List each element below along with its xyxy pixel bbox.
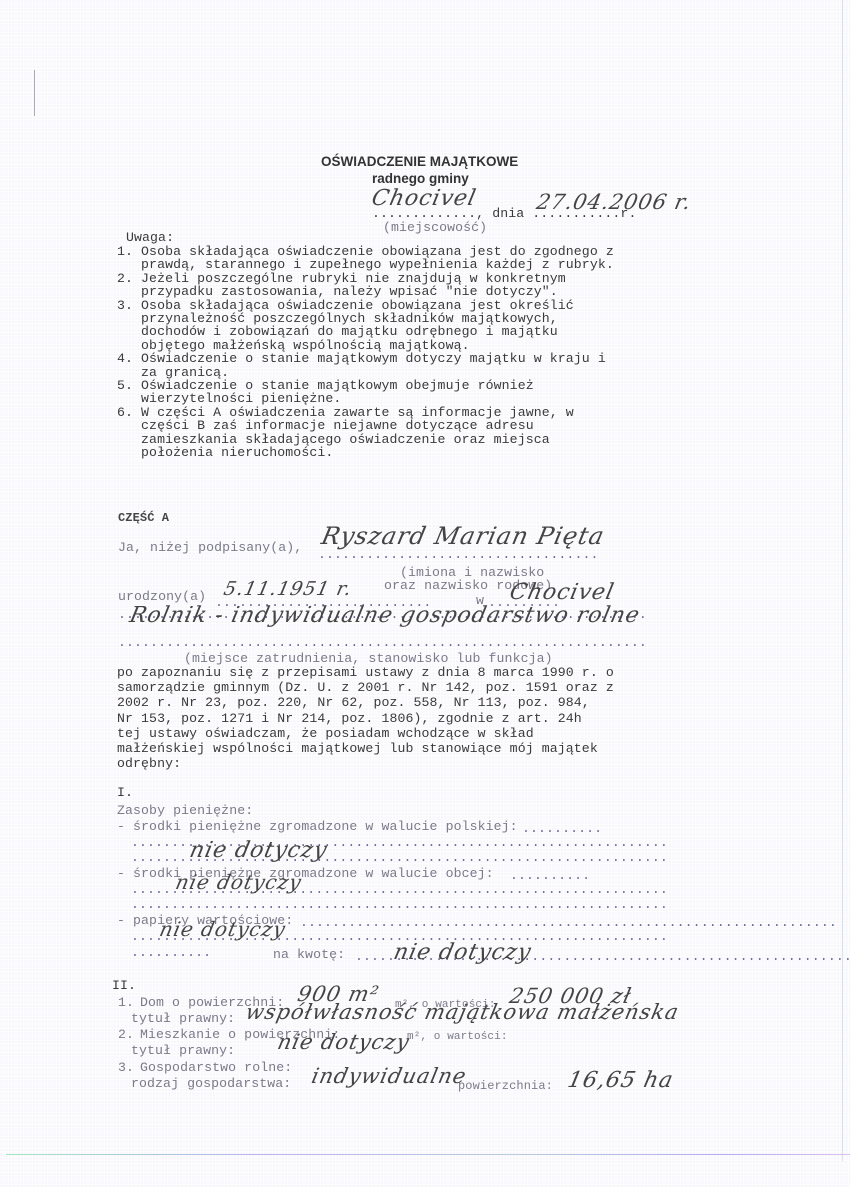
- employment-caption: (miejsce zatrudnienia, stanowisko lub fu…: [184, 652, 553, 665]
- page-edge: [842, 0, 843, 1161]
- statement-line: małżeńskiej wspólności majątkowej lub st…: [117, 741, 614, 756]
- note-item: 5. Oświadczenie o stanie majątkowym obej…: [117, 379, 614, 392]
- statement-text: po zapoznaniu się z przepisami ustawy z …: [117, 665, 614, 771]
- section-1-heading: Zasoby pieniężne:: [117, 804, 253, 817]
- employment-handwritten[interactable]: Rolnik - indywidualne gospodarstwo rolne: [127, 603, 642, 628]
- employment-dots: ........................................…: [118, 636, 647, 649]
- note-item-continuation: prawdą, starannego i zupełnego wypełnien…: [117, 258, 614, 271]
- note-item-continuation: zamieszkania składającego oświadczenie o…: [117, 433, 614, 446]
- statement-line: samorządzie gminnym (Dz. U. z 2001 r. Nr…: [117, 680, 614, 695]
- farm-area-label: powierzchnia:: [458, 1080, 553, 1093]
- note-item: 3. Osoba składająca oświadczenie obowiąz…: [117, 299, 614, 312]
- statement-line: odrębny:: [117, 756, 614, 771]
- place-caption: (miejscowość): [383, 221, 487, 234]
- scan-mark: [34, 70, 37, 116]
- place-date-line: ............., dnia ...........r.: [372, 207, 636, 220]
- note-item-continuation: objętego małżeńską wspólnością majątkową…: [117, 339, 614, 352]
- amount-label: na kwotę:: [273, 948, 345, 961]
- foreign-label: - środki pieniężne zgromadzone w walucie…: [117, 867, 494, 880]
- document-subtitle: radnego gminy: [372, 171, 469, 186]
- statement-line: tej ustawy oświadczam, że posiadam wchod…: [117, 726, 614, 741]
- note-item-continuation: dochodów i zobowiązań do majątku odrębne…: [117, 325, 614, 338]
- note-item-continuation: części B zaś informacje niejawne dotyczą…: [117, 419, 614, 432]
- notes-list: 1. Osoba składająca oświadczenie obowiąz…: [117, 245, 614, 460]
- amount-dots: ..........: [131, 946, 211, 959]
- securities-dots: ........................................…: [300, 916, 837, 929]
- farm-label: Gospodarstwo rolne:: [140, 1061, 292, 1074]
- farm-type-label: rodzaj gospodarstwa:: [131, 1077, 291, 1090]
- farm-num: 3.: [118, 1061, 134, 1074]
- farm-area-handwritten[interactable]: 16,65 ha: [565, 1068, 676, 1093]
- note-item: 6. W części A oświadczenia zawarte są in…: [117, 406, 614, 419]
- amount-value-handwritten[interactable]: nie dotyczy: [391, 940, 533, 965]
- pln-label: - środki pieniężne zgromadzone w walucie…: [117, 820, 518, 833]
- section-1-numeral: I.: [117, 786, 133, 799]
- house-title-label: tytuł prawny:: [131, 1012, 235, 1025]
- securities-value-handwritten[interactable]: nie dotyczy: [157, 917, 288, 941]
- note-item-continuation: przypadku zastosowania, należy wpisać "n…: [117, 285, 614, 298]
- flat-num: 2.: [118, 1028, 134, 1041]
- page-edge: [6, 1154, 850, 1155]
- farm-type-handwritten[interactable]: indywidualne: [309, 1064, 469, 1088]
- document-title: OŚWIADCZENIE MAJĄTKOWE: [321, 154, 518, 169]
- birth-place-handwritten[interactable]: Chocivel: [507, 580, 616, 605]
- name-handwritten[interactable]: Ryszard Marian Pięta: [319, 522, 607, 550]
- statement-line: po zapoznaniu się z przepisami ustawy z …: [117, 665, 614, 680]
- note-item: 2. Jeżeli poszczególne rubryki nie znajd…: [117, 272, 614, 285]
- foreign-dots: ..........: [510, 869, 590, 882]
- foreign-value-handwritten[interactable]: nie dotyczy: [173, 870, 304, 894]
- foreign-dots: ........................................…: [131, 898, 668, 911]
- statement-line: 2002 r. Nr 23, poz. 220, Nr 62, poz. 558…: [117, 695, 614, 710]
- flat-title-handwritten[interactable]: nie dotyczy: [275, 1030, 412, 1054]
- pln-value-handwritten[interactable]: nie dotyczy: [187, 838, 329, 863]
- note-item-continuation: przynależność poszczególnych składników …: [117, 312, 614, 325]
- note-item: 1. Osoba składająca oświadczenie obowiąz…: [117, 245, 614, 258]
- statement-line: Nr 153, poz. 1271 i Nr 214, poz. 1806), …: [117, 711, 614, 726]
- house-num: 1.: [118, 996, 134, 1009]
- born-label: urodzony(a): [118, 590, 206, 603]
- signed-label: Ja, niżej podpisany(a),: [118, 541, 302, 554]
- birth-date-handwritten[interactable]: 5.11.1951 r.: [222, 578, 354, 600]
- section-2-numeral: II.: [112, 979, 136, 992]
- flat-title-label: tytuł prawny:: [131, 1044, 235, 1057]
- note-item-continuation: położenia nieruchomości.: [117, 446, 614, 459]
- pln-dots: ..........: [522, 822, 602, 835]
- note-item: 4. Oświadczenie o stanie majątkowym doty…: [117, 352, 614, 365]
- note-item-continuation: wierzytelności pieniężne.: [117, 392, 614, 405]
- note-item-continuation: za granicą.: [117, 366, 614, 379]
- part-a-heading: CZĘŚĆ A: [118, 512, 169, 525]
- flat-value-label: m², o wartości:: [407, 1031, 508, 1044]
- notes-heading: Uwaga:: [126, 231, 174, 244]
- house-title-handwritten[interactable]: współwłasność majątkowa małżeńska: [243, 1000, 681, 1024]
